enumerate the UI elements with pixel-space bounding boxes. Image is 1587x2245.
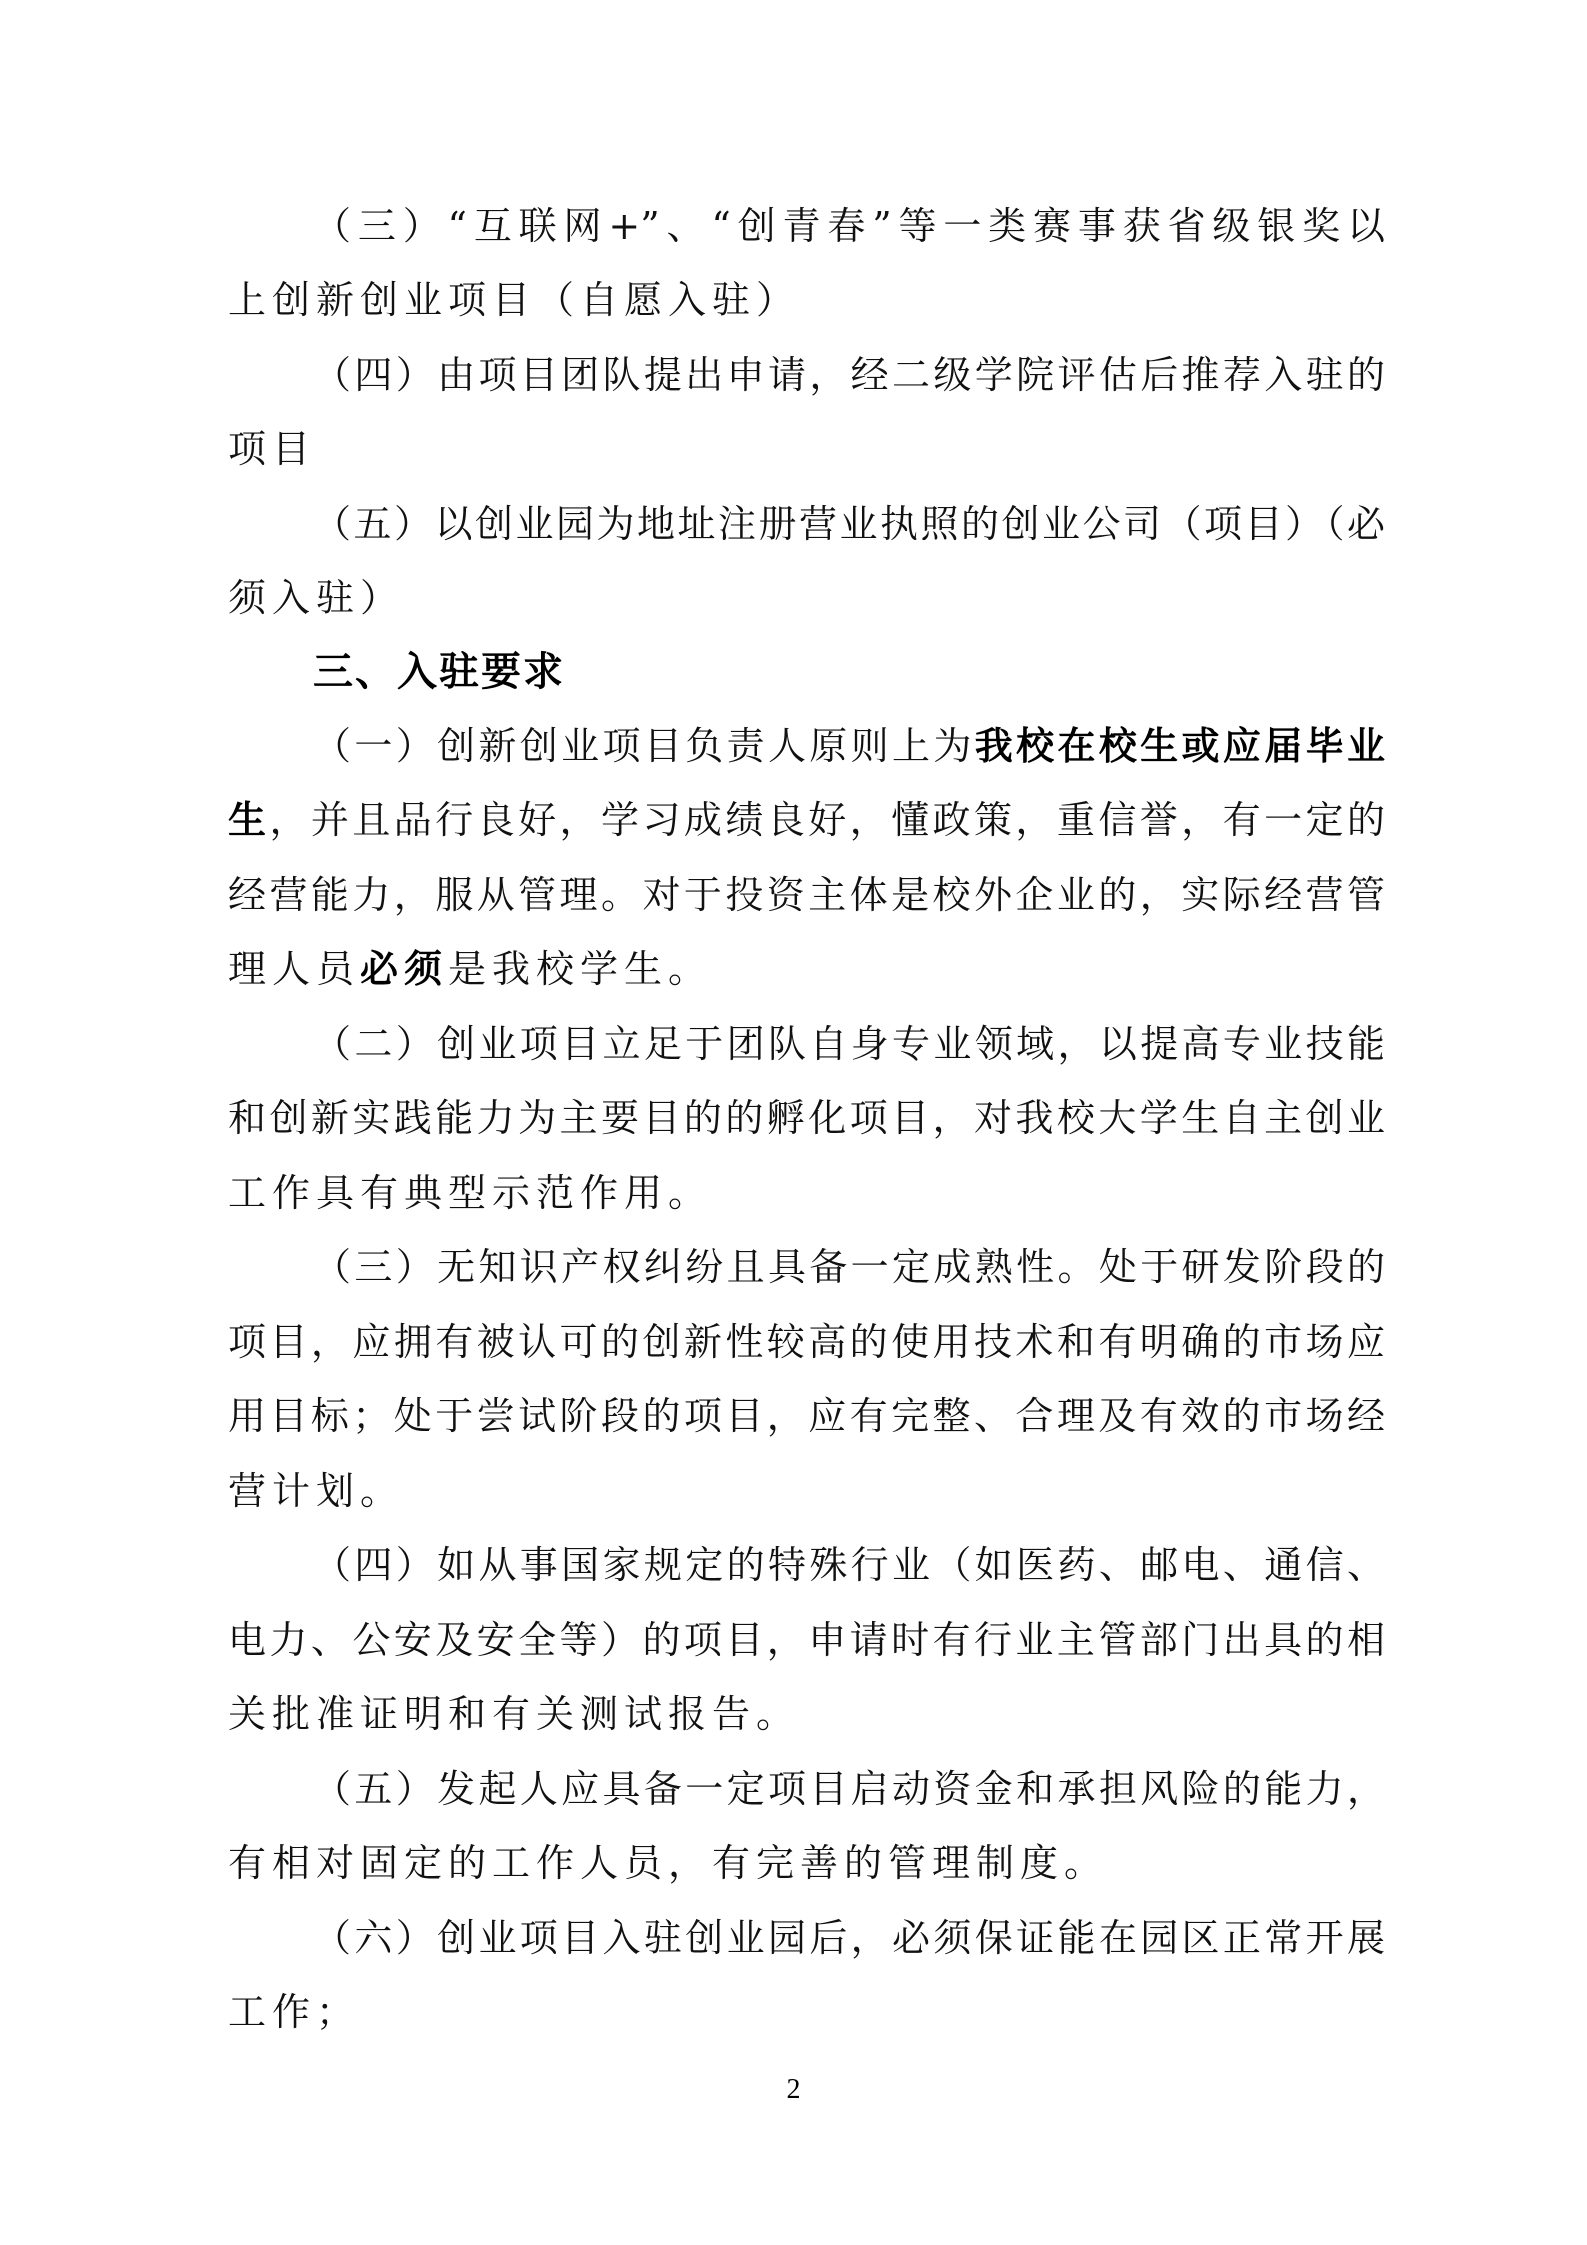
requirement-1-line-1: （一）创新创业项目负责人原则上为我校在校生或应届毕业 bbox=[313, 720, 1385, 772]
paragraph-item-3-line-2: 上创新创业项目（自愿入驻） bbox=[228, 274, 1385, 326]
requirement-1-line-3: 经营能力，服从管理。对于投资主体是校外企业的，实际经营管 bbox=[228, 869, 1385, 921]
requirement-3-line-3: 用目标；处于尝试阶段的项目，应有完整、合理及有效的市场经 bbox=[228, 1390, 1385, 1442]
requirement-text: 关批准证明和有关测试报告。 bbox=[228, 1692, 800, 1736]
paragraph-item-4-line-1: （四）由项目团队提出申请，经二级学院评估后推荐入驻的 bbox=[313, 349, 1385, 401]
paragraph-text: 上创新创业项目（自愿入驻） bbox=[228, 278, 800, 322]
requirement-3-line-1: （三）无知识产权纠纷且具备一定成熟性。处于研发阶段的 bbox=[313, 1241, 1385, 1293]
paragraph-item-5-line-1: （五）以创业园为地址注册营业执照的创业公司（项目）（必 bbox=[313, 498, 1385, 550]
requirement-4-line-2: 电力、公安及安全等）的项目，申请时有行业主管部门出具的相 bbox=[228, 1614, 1385, 1666]
requirement-2-line-1: （二）创业项目立足于团队自身专业领域，以提高专业技能 bbox=[313, 1018, 1385, 1070]
page-number: 2 bbox=[0, 2074, 1587, 2106]
requirement-text: 工作； bbox=[228, 1990, 360, 2034]
paragraph-text: 须入驻） bbox=[228, 576, 404, 620]
requirement-text: 有相对固定的工作人员，有完善的管理制度。 bbox=[228, 1841, 1108, 1885]
paragraph-item-3-line-1: （三）“互联网+”、“创青春”等一类赛事获省级银奖以 bbox=[313, 200, 1385, 252]
document-page: （三）“互联网+”、“创青春”等一类赛事获省级银奖以 上创新创业项目（自愿入驻）… bbox=[0, 0, 1587, 2245]
requirement-4-line-1: （四）如从事国家规定的特殊行业（如医药、邮电、通信、 bbox=[313, 1539, 1385, 1591]
emphasized-text: 我校在校生或应届毕业 bbox=[975, 723, 1385, 768]
requirement-2-line-2: 和创新实践能力为主要目的的孵化项目，对我校大学生自主创业 bbox=[228, 1092, 1385, 1144]
paragraph-item-5-line-2: 须入驻） bbox=[228, 572, 1385, 624]
emphasized-text: 必须 bbox=[360, 946, 448, 991]
requirement-3-line-2: 项目，应拥有被认可的创新性较高的使用技术和有明确的市场应 bbox=[228, 1316, 1385, 1368]
requirement-text: 是我校学生。 bbox=[448, 947, 712, 991]
requirement-6-line-2: 工作； bbox=[228, 1986, 1385, 2038]
requirement-5-line-2: 有相对固定的工作人员，有完善的管理制度。 bbox=[228, 1837, 1385, 1889]
emphasized-text: 生 bbox=[228, 797, 269, 842]
requirement-5-line-1: （五）发起人应具备一定项目启动资金和承担风险的能力， bbox=[313, 1763, 1385, 1815]
requirement-text: （一）创新创业项目负责人原则上为 bbox=[313, 724, 975, 768]
requirement-3-line-4: 营计划。 bbox=[228, 1465, 1385, 1517]
requirement-4-line-3: 关批准证明和有关测试报告。 bbox=[228, 1688, 1385, 1740]
requirement-6-line-1: （六）创业项目入驻创业园后，必须保证能在园区正常开展 bbox=[313, 1912, 1385, 1964]
requirement-1-line-2: 生，并且品行良好，学习成绩良好，懂政策，重信誉，有一定的 bbox=[228, 794, 1385, 846]
requirement-1-line-4: 理人员必须是我校学生。 bbox=[228, 943, 1385, 995]
requirement-text: ，并且品行良好，学习成绩良好，懂政策，重信誉，有一定的 bbox=[269, 798, 1385, 842]
requirement-text: 工作具有典型示范作用。 bbox=[228, 1171, 712, 1215]
paragraph-text: 项目 bbox=[228, 427, 316, 471]
section-heading: 三、入驻要求 bbox=[313, 644, 565, 700]
requirement-text: 理人员 bbox=[228, 947, 360, 991]
paragraph-item-4-line-2: 项目 bbox=[228, 423, 1385, 475]
requirement-2-line-3: 工作具有典型示范作用。 bbox=[228, 1167, 1385, 1219]
requirement-text: 营计划。 bbox=[228, 1469, 404, 1513]
